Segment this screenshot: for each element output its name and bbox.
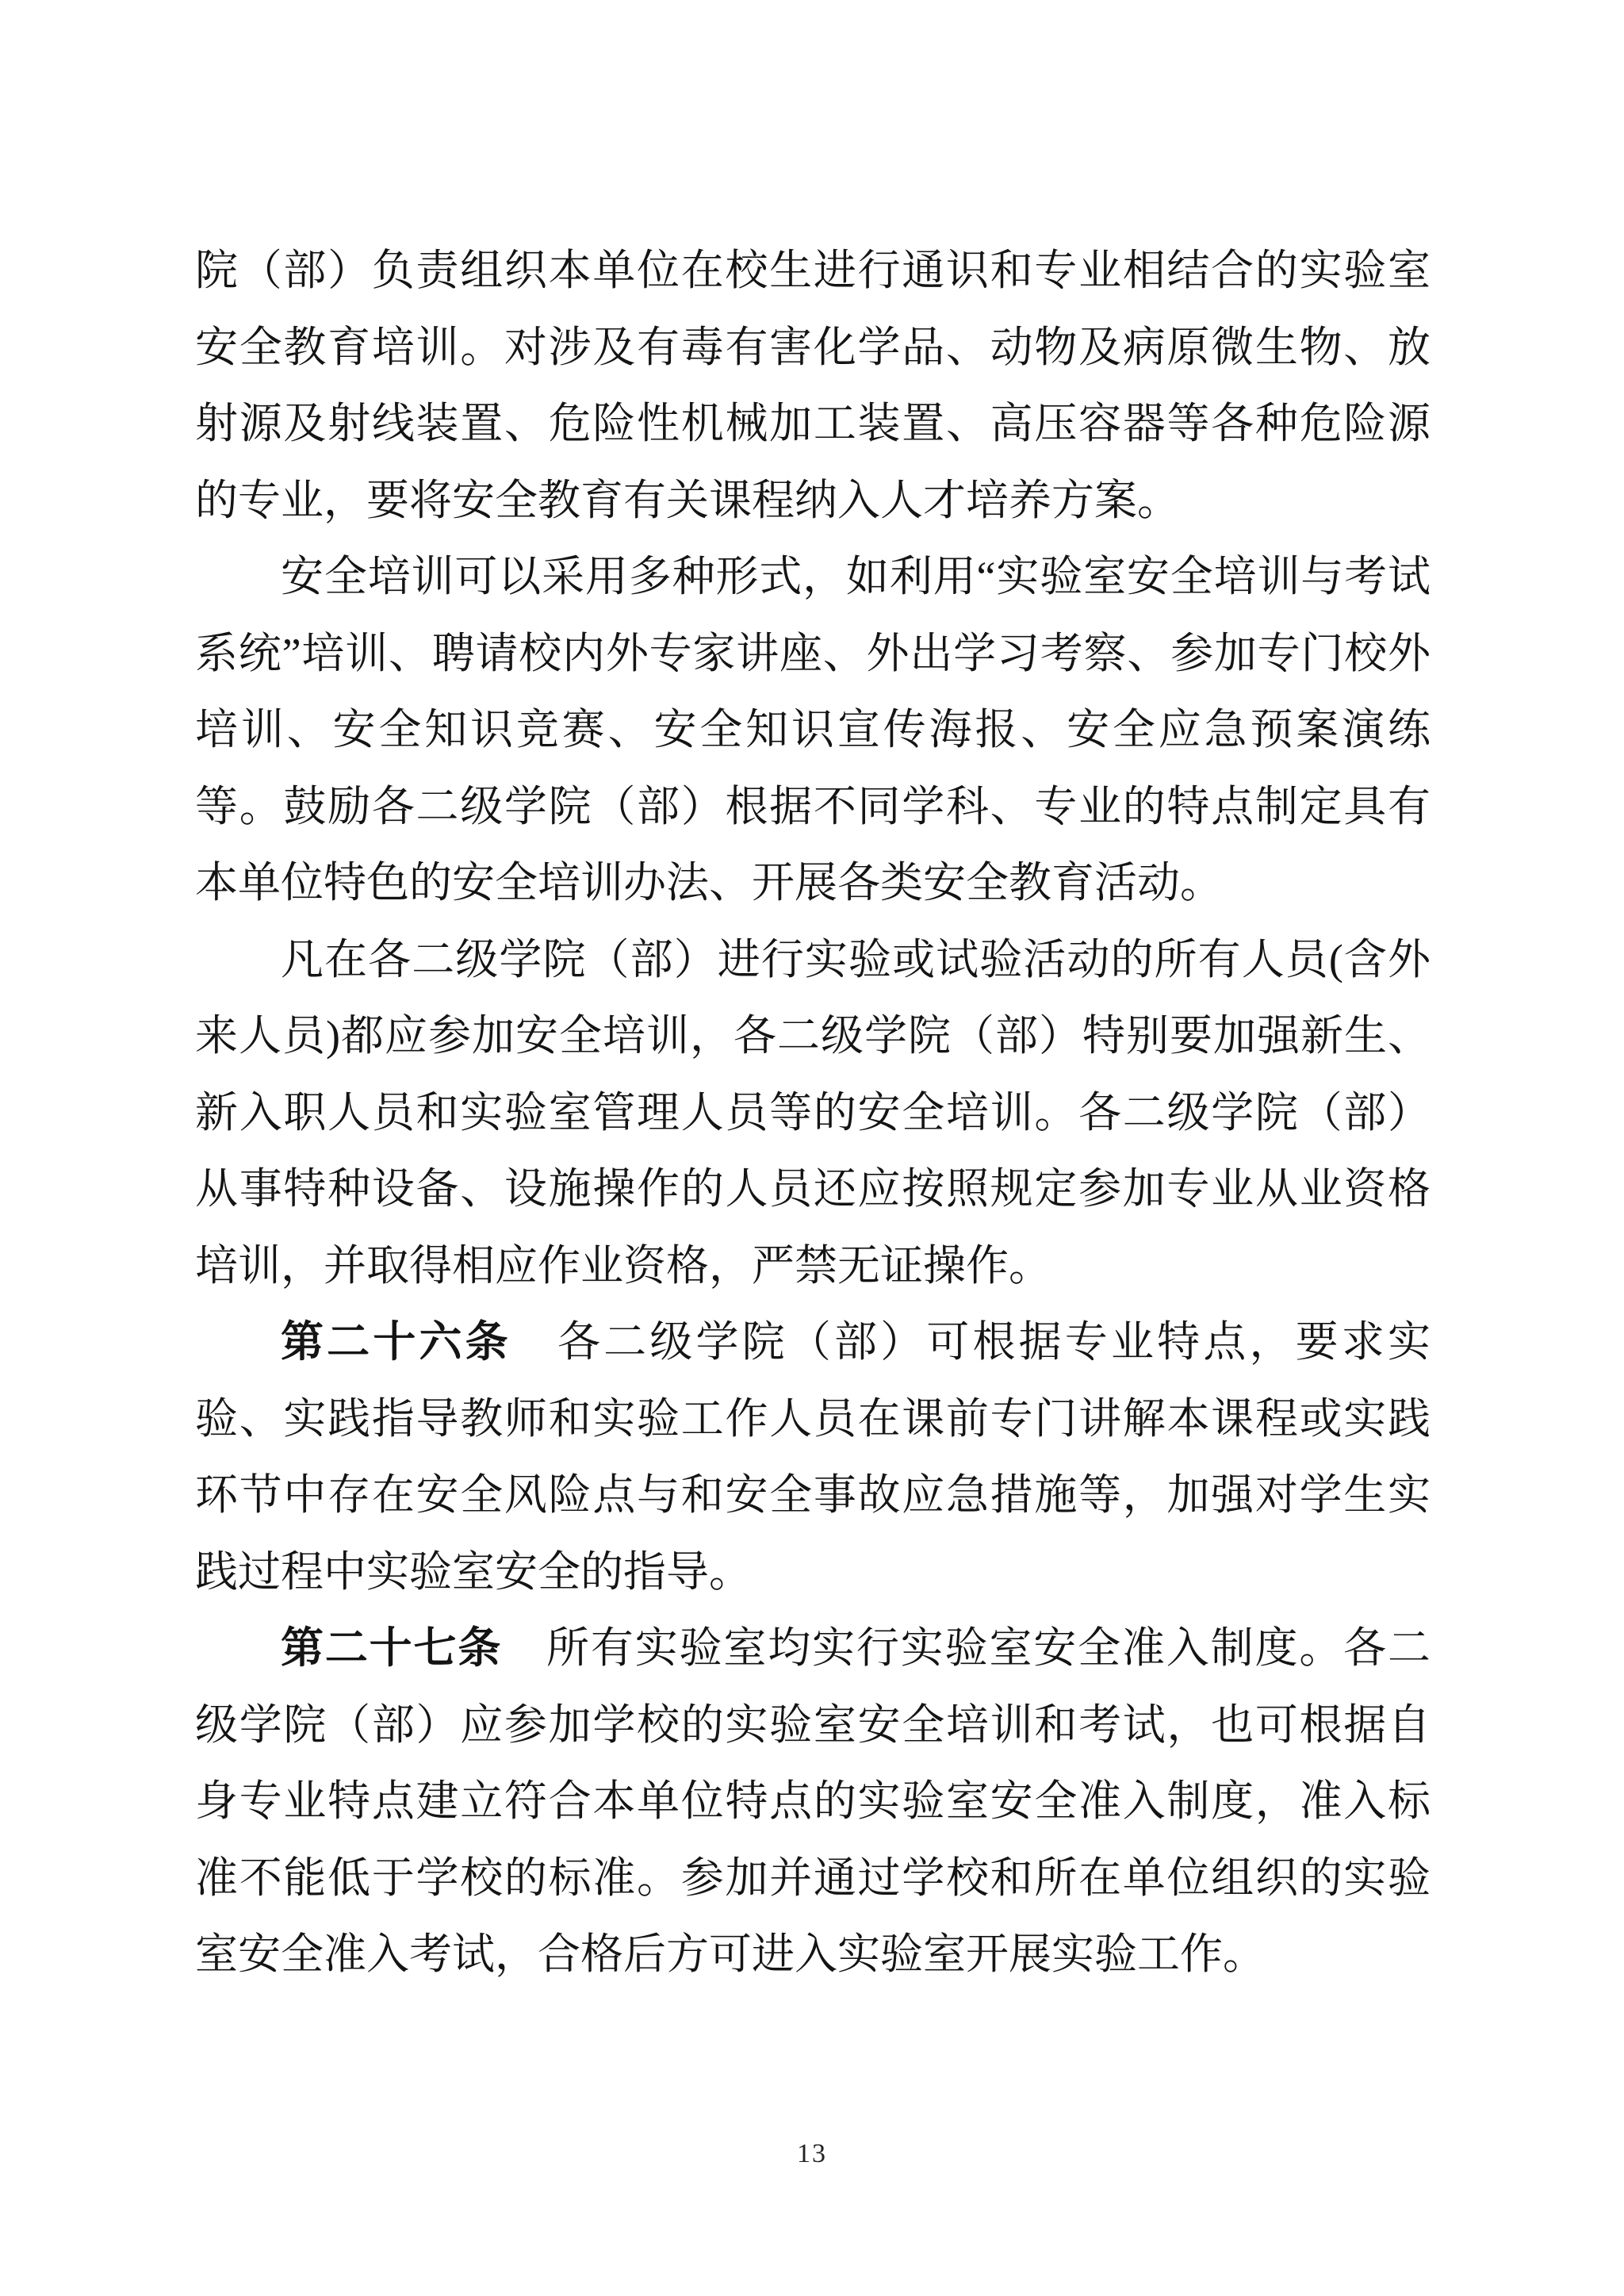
paragraph: 院（部）负责组织本单位在校生进行通识和专业相结合的实验室安全教育培训。对涉及有毒… <box>195 232 1431 539</box>
document-page: 院（部）负责组织本单位在校生进行通识和专业相结合的实验室安全教育培训。对涉及有毒… <box>0 0 1624 2296</box>
paragraph: 第二十七条 所有实验室均实行实验室安全准入制度。各二级学院（部）应参加学校的实验… <box>195 1610 1431 1993</box>
paragraph-text: 安全培训可以采用多种形式，如利用“实验室安全培训与考试系统”培训、聘请校内外专家… <box>195 553 1431 907</box>
paragraph: 凡在各二级学院（部）进行实验或试验活动的所有人员(含外来人员)都应参加安全培训，… <box>195 922 1431 1305</box>
document-body: 院（部）负责组织本单位在校生进行通识和专业相结合的实验室安全教育培训。对涉及有毒… <box>195 232 1431 1993</box>
paragraph: 第二十六条 各二级学院（部）可根据专业特点，要求实验、实践指导教师和实验工作人员… <box>195 1304 1431 1610</box>
page-number: 13 <box>797 2139 827 2168</box>
page-footer: 13 <box>0 2141 1624 2168</box>
paragraph-text: 所有实验室均实行实验室安全准入制度。各二级学院（部）应参加学校的实验室安全培训和… <box>195 1624 1431 1978</box>
paragraph: 安全培训可以采用多种形式，如利用“实验室安全培训与考试系统”培训、聘请校内外专家… <box>195 539 1431 922</box>
article-number: 第二十六条 <box>281 1318 511 1366</box>
paragraph-text: 凡在各二级学院（部）进行实验或试验活动的所有人员(含外来人员)都应参加安全培训，… <box>195 936 1431 1290</box>
article-number: 第二十七条 <box>281 1624 502 1672</box>
paragraph-text: 院（部）负责组织本单位在校生进行通识和专业相结合的实验室安全教育培训。对涉及有毒… <box>195 247 1431 524</box>
